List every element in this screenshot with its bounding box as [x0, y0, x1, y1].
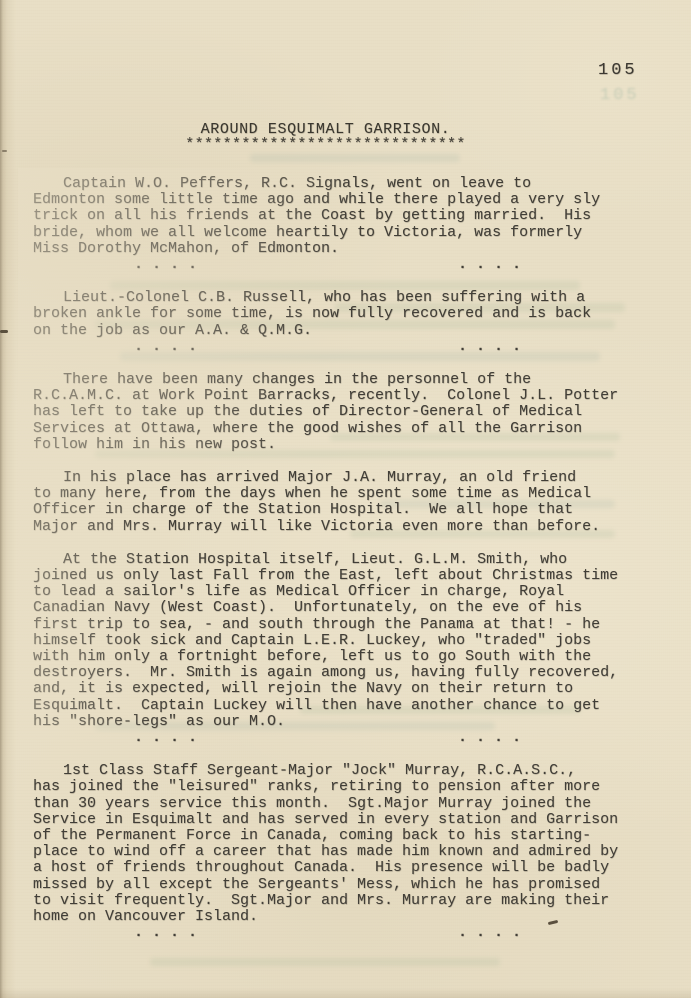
- separator-dots: . . . .: [458, 257, 521, 273]
- paragraph: Lieut.-Colonel C.B. Russell, who has bee…: [33, 290, 625, 339]
- paragraph: Captain W.O. Peffers, R.C. Signals, went…: [33, 176, 625, 257]
- paragraph: At the Station Hospital itself, Lieut. G…: [33, 552, 625, 730]
- separator-dots: . . . .: [134, 730, 197, 746]
- section-separator: . . . .. . . .: [33, 257, 625, 273]
- page-number: 105: [598, 63, 638, 79]
- article-body: Captain W.O. Peffers, R.C. Signals, went…: [33, 176, 625, 944]
- separator-dots: . . . .: [134, 925, 197, 941]
- separator-dots: . . . .: [458, 339, 521, 355]
- bleed-through-ghost: [150, 958, 500, 966]
- separator-dots: . . . .: [458, 925, 521, 941]
- section-separator: . . . .. . . .: [33, 339, 625, 355]
- section-separator: . . . .. . . .: [33, 730, 625, 746]
- section-separator: . . . .. . . .: [33, 925, 625, 941]
- bleed-through-ghost: [250, 154, 460, 162]
- paragraph: 1st Class Staff Sergeant-Major "Jock" Mu…: [33, 763, 625, 925]
- separator-dots: . . . .: [134, 257, 197, 273]
- page-left-edge-shadow: [0, 0, 16, 998]
- stray-ink-mark: [2, 150, 7, 152]
- page-number-bleed-ghost: 105: [600, 86, 640, 105]
- stray-ink-mark: [0, 330, 8, 333]
- article-header: AROUND ESQUIMALT GARRISON. *************…: [33, 122, 618, 153]
- page-bottom-edge-shadow: [0, 988, 691, 998]
- scanned-page: 105 105 AROUND ESQUIMALT GARRISON. *****…: [0, 0, 691, 998]
- title-underline-asterisks: ******************************: [33, 137, 618, 153]
- separator-dots: . . . .: [458, 730, 521, 746]
- paragraph: In his place has arrived Major J.A. Murr…: [33, 470, 625, 535]
- paragraph: There have been many changes in the pers…: [33, 372, 625, 453]
- separator-dots: . . . .: [134, 339, 197, 355]
